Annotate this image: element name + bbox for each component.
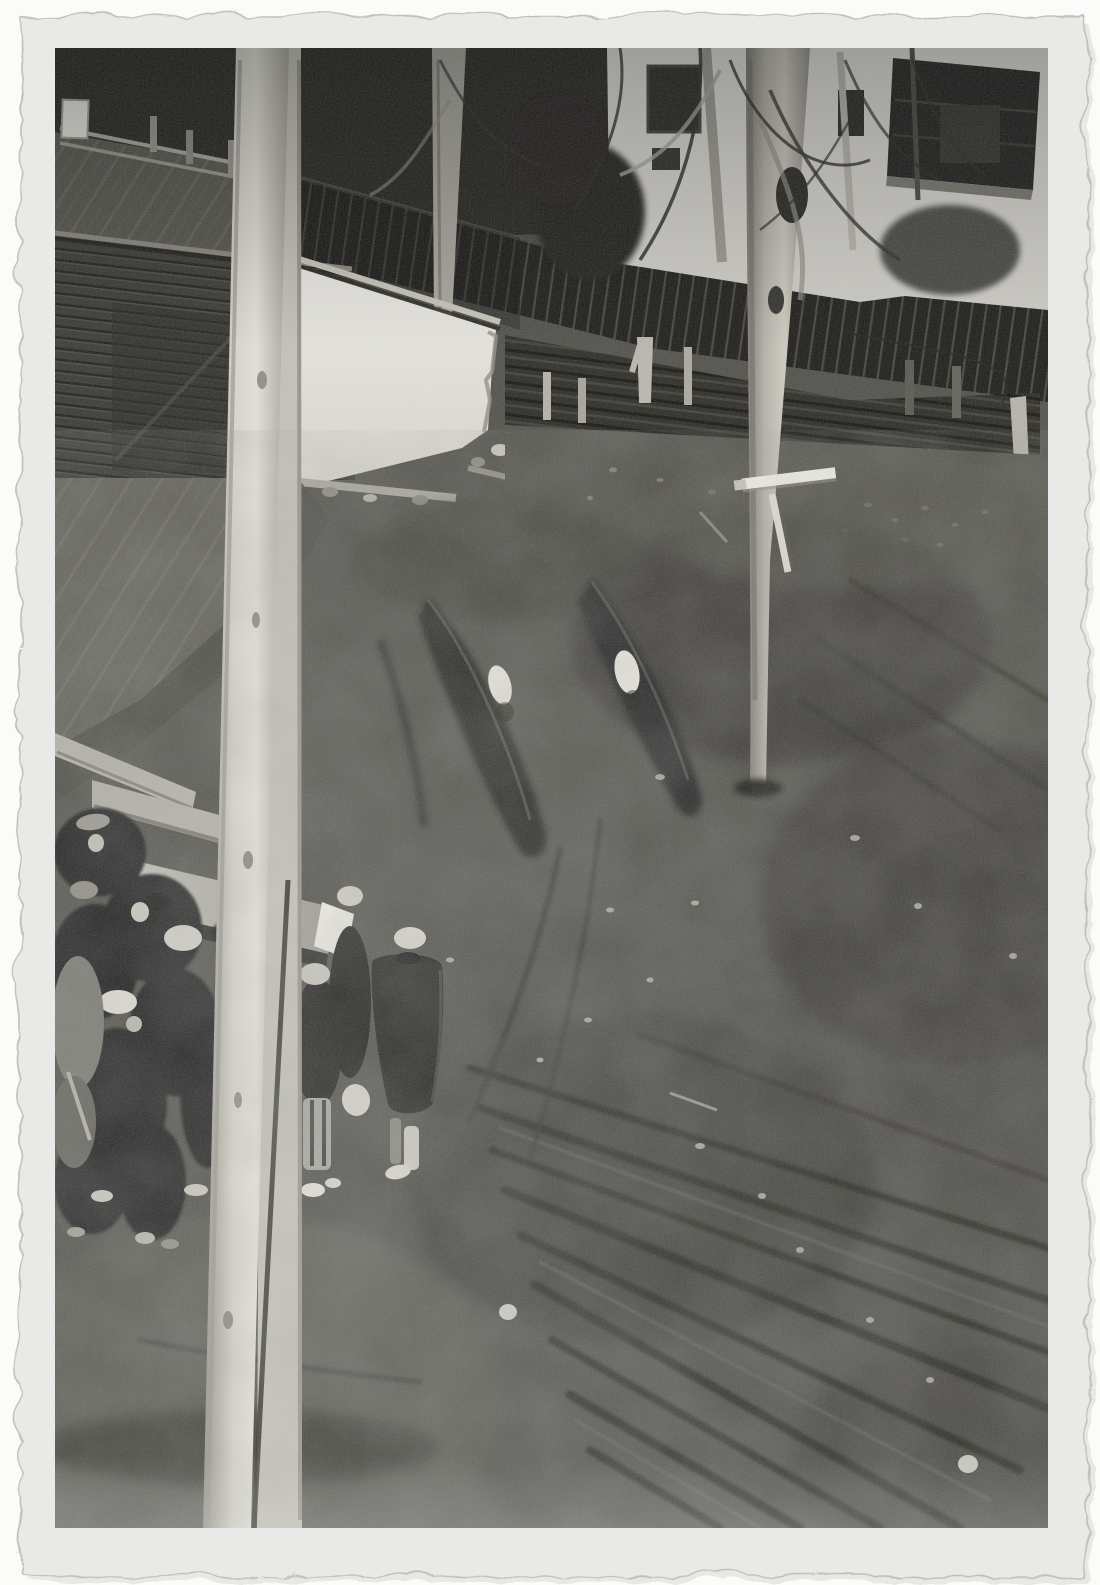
photo-image <box>0 48 1100 1585</box>
film-grain <box>55 48 1048 1528</box>
scanned-photo-page <box>0 0 1100 1585</box>
